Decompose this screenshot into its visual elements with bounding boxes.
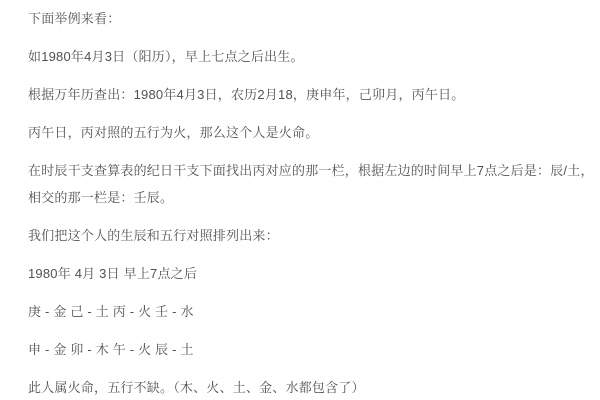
earthly-branches-line: 申 - 金 卯 - 木 午 - 火 辰 - 土 (28, 336, 590, 363)
calendar-lookup-line: 根据万年历查出：1980年4月3日，农历2月18，庚申年，己卯月，丙午日。 (28, 81, 590, 108)
document-page: 下面举例来看： 如1980年4月3日（阳历），早上七点之后出生。 根据万年历查出… (0, 0, 600, 400)
arrangement-intro-line: 我们把这个人的生辰和五行对照排列出来： (28, 222, 590, 249)
heavenly-stems-line: 庚 - 金 己 - 土 丙 - 火 壬 - 水 (28, 298, 590, 325)
hour-table-result-line: 相交的那一栏是：壬辰。 (28, 184, 590, 211)
birth-datetime-line: 1980年 4月 3日 早上7点之后 (28, 260, 590, 287)
conclusion-line: 此人属火命，五行不缺。（木、火、土、金、水都包含了） (28, 374, 590, 400)
hour-table-lookup-line: 在时辰干支查算表的纪日干支下面找出丙对应的那一栏，根据左边的时间早上7点之后是：… (28, 157, 590, 184)
birthdate-example-line: 如1980年4月3日（阳历），早上七点之后出生。 (28, 43, 590, 70)
fire-element-line: 丙午日，丙对照的五行为火，那么这个人是火命。 (28, 119, 590, 146)
intro-line: 下面举例来看： (28, 5, 590, 32)
